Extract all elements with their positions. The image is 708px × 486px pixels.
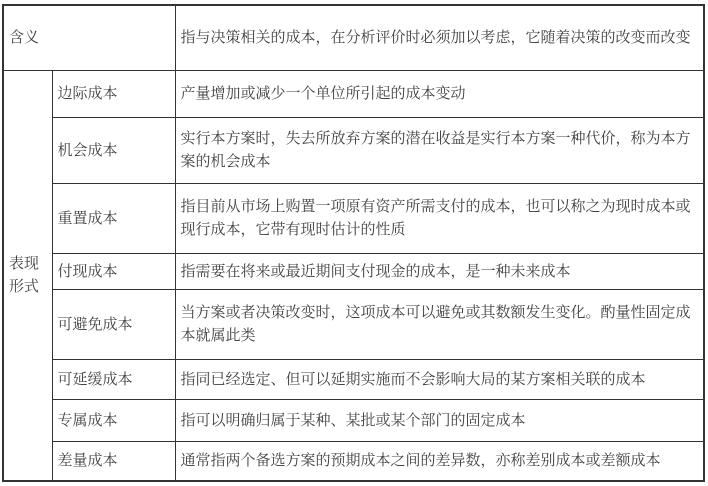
form-description-out-of-pocket-cost: 指需要在将来或最近期间支付现金的成本，是一种未来成本: [175, 253, 704, 289]
form-label-specific-cost: 专属成本: [52, 399, 175, 441]
table-row: 可延缓成本 指同已经选定、但可以延期实施而不会影响大局的某方案相关联的成本: [3, 359, 704, 399]
form-description-avoidable-cost: 当方案或者决策改变时，这项成本可以避免或其数额发生变化。酌量性固定成本就属此类: [175, 289, 704, 359]
form-description-replacement-cost: 指目前从市场上购置一项原有资产所需支付的成本，也可以称之为现时成本或现行成本，它…: [175, 183, 704, 253]
table-row: 重置成本 指目前从市场上购置一项原有资产所需支付的成本，也可以称之为现时成本或现…: [3, 183, 704, 253]
table-row: 专属成本 指可以明确归属于某种、某批或某个部门的固定成本: [3, 399, 704, 441]
form-description-specific-cost: 指可以明确归属于某种、某批或某个部门的固定成本: [175, 399, 704, 441]
form-label-marginal-cost: 边际成本: [52, 70, 175, 117]
form-label-opportunity-cost: 机会成本: [52, 117, 175, 183]
form-description-opportunity-cost: 实行本方案时，失去所放弃方案的潜在收益是实行本方案一种代价，称为本方案的机会成本: [175, 117, 704, 183]
form-label-deferrable-cost: 可延缓成本: [52, 359, 175, 399]
table-row: 表现形式 边际成本 产量增加或减少一个单位所引起的成本变动: [3, 70, 704, 117]
meaning-description: 指与决策相关的成本，在分析评价时必须加以考虑，它随着决策的改变而改变: [175, 5, 704, 70]
row-header-meaning: 含义: [3, 5, 175, 70]
form-description-differential-cost: 通常指两个备选方案的预期成本之间的差异数，亦称差别成本或差额成本: [175, 441, 704, 481]
table-row: 差量成本 通常指两个备选方案的预期成本之间的差异数，亦称差别成本或差额成本: [3, 441, 704, 481]
cost-classification-table: 含义 指与决策相关的成本，在分析评价时必须加以考虑，它随着决策的改变而改变 表现…: [2, 4, 705, 482]
form-description-marginal-cost: 产量增加或减少一个单位所引起的成本变动: [175, 70, 704, 117]
page: 含义 指与决策相关的成本，在分析评价时必须加以考虑，它随着决策的改变而改变 表现…: [0, 0, 708, 486]
form-label-replacement-cost: 重置成本: [52, 183, 175, 253]
table-row: 机会成本 实行本方案时，失去所放弃方案的潜在收益是实行本方案一种代价，称为本方案…: [3, 117, 704, 183]
form-label-differential-cost: 差量成本: [52, 441, 175, 481]
table-row: 含义 指与决策相关的成本，在分析评价时必须加以考虑，它随着决策的改变而改变: [3, 5, 704, 70]
form-description-deferrable-cost: 指同已经选定、但可以延期实施而不会影响大局的某方案相关联的成本: [175, 359, 704, 399]
form-label-avoidable-cost: 可避免成本: [52, 289, 175, 359]
table-row: 付现成本 指需要在将来或最近期间支付现金的成本，是一种未来成本: [3, 253, 704, 289]
table-row: 可避免成本 当方案或者决策改变时，这项成本可以避免或其数额发生变化。酌量性固定成…: [3, 289, 704, 359]
form-label-out-of-pocket-cost: 付现成本: [52, 253, 175, 289]
row-group-header-forms: 表现形式: [3, 70, 52, 481]
